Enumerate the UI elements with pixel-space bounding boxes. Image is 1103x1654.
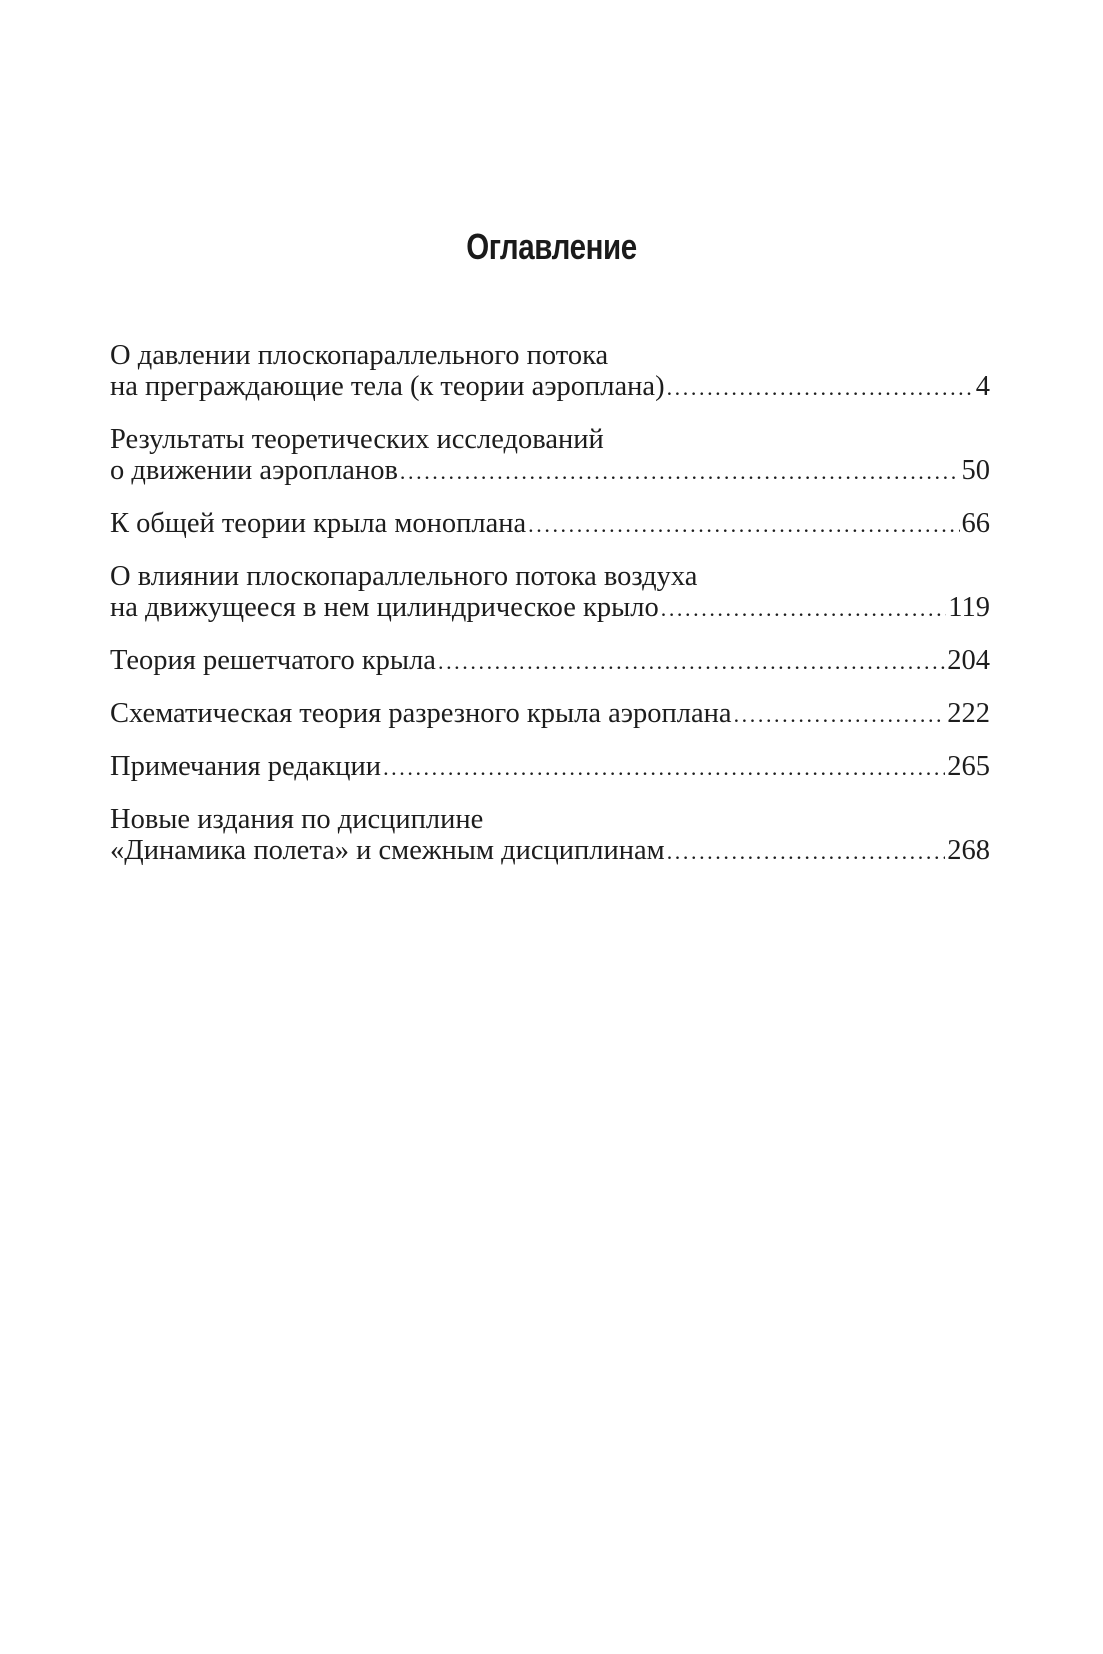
table-of-contents: О давлении плоскопараллельного потокана … <box>110 340 990 888</box>
toc-page-number: 268 <box>947 835 990 866</box>
toc-entry-title: О давлении плоскопараллельного потока <box>110 340 608 371</box>
book-page: Оглавление О давлении плоскопараллельног… <box>0 0 1103 1654</box>
toc-entry-title: Новые издания по дисциплине <box>110 804 483 835</box>
toc-entry-line: Примечания редакции265 <box>110 751 990 782</box>
toc-entry-line: Теория решетчатого крыла204 <box>110 645 990 676</box>
toc-entry-line: О влиянии плоскопараллельного потока воз… <box>110 561 990 592</box>
toc-entry[interactable]: Схематическая теория разрезного крыла аэ… <box>110 698 990 729</box>
toc-entry-line: «Динамика полета» и смежным дисциплинам2… <box>110 835 990 866</box>
toc-entry[interactable]: Результаты теоретических исследованийо д… <box>110 424 990 486</box>
toc-entry[interactable]: Новые издания по дисциплине«Динамика пол… <box>110 804 990 866</box>
toc-entry-title: Схематическая теория разрезного крыла аэ… <box>110 698 732 729</box>
dot-leader <box>528 509 959 540</box>
toc-entry-title: К общей теории крыла моноплана <box>110 508 526 539</box>
dot-leader <box>383 752 945 783</box>
dot-leader <box>438 646 945 677</box>
toc-page-number: 222 <box>947 698 990 729</box>
toc-entry-line: О давлении плоскопараллельного потока <box>110 340 990 371</box>
toc-entry[interactable]: О влиянии плоскопараллельного потока воз… <box>110 561 990 623</box>
toc-page-number: 66 <box>962 508 991 539</box>
toc-page-number: 50 <box>962 455 991 486</box>
toc-entry[interactable]: Теория решетчатого крыла204 <box>110 645 990 676</box>
toc-entry-title: на преграждающие тела (к теории аэроплан… <box>110 371 665 402</box>
toc-page-number: 265 <box>947 751 990 782</box>
toc-entry-title: Результаты теоретических исследований <box>110 424 604 455</box>
toc-entry-line: на движущееся в нем цилиндрическое крыло… <box>110 592 990 623</box>
toc-entry-line: о движении аэропланов50 <box>110 455 990 486</box>
toc-entry-title: на движущееся в нем цилиндрическое крыло <box>110 592 659 623</box>
toc-entry-title: о движении аэропланов <box>110 455 398 486</box>
toc-entry[interactable]: К общей теории крыла моноплана66 <box>110 508 990 539</box>
toc-entry-title: Теория решетчатого крыла <box>110 645 436 676</box>
dot-leader <box>667 372 974 403</box>
toc-entry-line: Схематическая теория разрезного крыла аэ… <box>110 698 990 729</box>
toc-page-number: 204 <box>947 645 990 676</box>
dot-leader <box>667 836 946 867</box>
toc-entry-line: на преграждающие тела (к теории аэроплан… <box>110 371 990 402</box>
dot-leader <box>661 593 947 624</box>
toc-entry-line: К общей теории крыла моноплана66 <box>110 508 990 539</box>
toc-entry-title: О влиянии плоскопараллельного потока воз… <box>110 561 697 592</box>
toc-entry[interactable]: Примечания редакции265 <box>110 751 990 782</box>
toc-entry-line: Новые издания по дисциплине <box>110 804 990 835</box>
dot-leader <box>400 456 960 487</box>
toc-page-number: 4 <box>976 371 990 402</box>
toc-entry-title: «Динамика полета» и смежным дисциплинам <box>110 835 665 866</box>
toc-page-number: 119 <box>948 592 990 623</box>
dot-leader <box>734 699 946 730</box>
toc-entry[interactable]: О давлении плоскопараллельного потокана … <box>110 340 990 402</box>
toc-entry-line: Результаты теоретических исследований <box>110 424 990 455</box>
toc-entry-title: Примечания редакции <box>110 751 381 782</box>
page-title: Оглавление <box>99 226 1003 268</box>
